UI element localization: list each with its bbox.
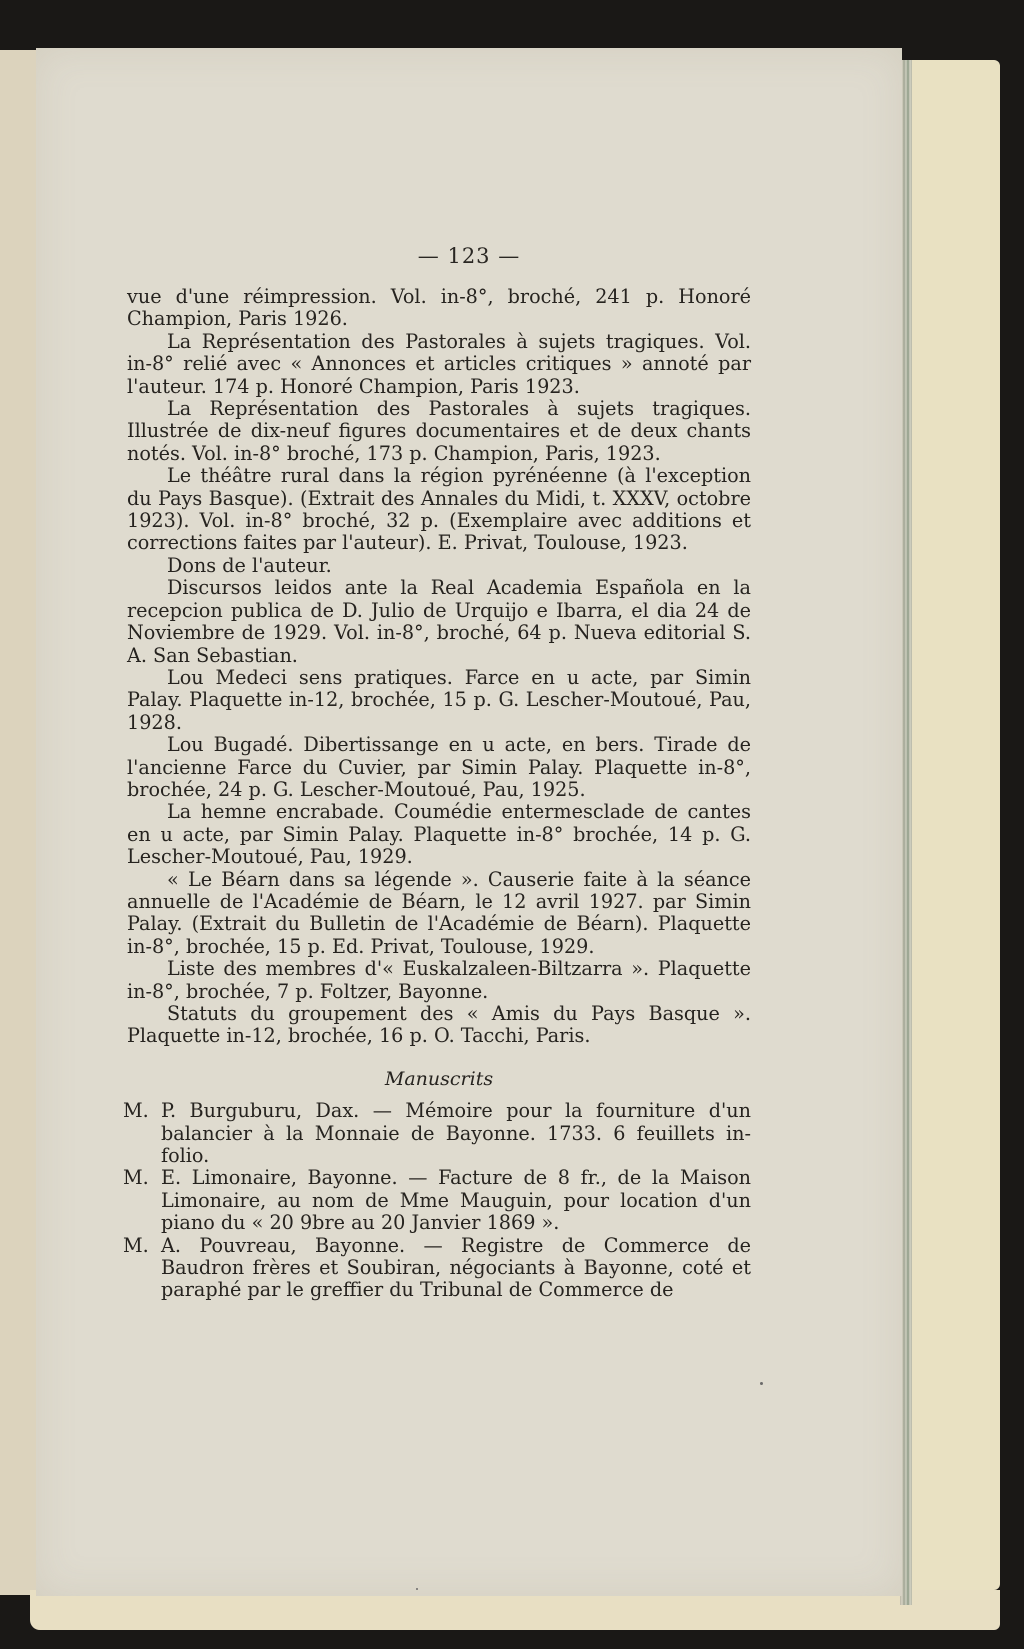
- paragraph: « Le Béarn dans sa légende ». Causerie f…: [127, 869, 751, 959]
- book-cover-bottom: [30, 1590, 1000, 1630]
- page-number: — 123 —: [36, 244, 902, 268]
- manuscript-entry: M. A. Pouvreau, Bayonne. — Registre de C…: [161, 1235, 751, 1302]
- book-page: — 123 — vue d'une réimpression. Vol. in-…: [36, 48, 902, 1596]
- manuscript-entry: M. E. Limonaire, Bayonne. — Facture de 8…: [161, 1167, 751, 1234]
- paragraph: vue d'une réimpression. Vol. in-8°, broc…: [127, 286, 751, 331]
- entry-text: A. Pouvreau, Bayonne. — Registre de Comm…: [161, 1235, 751, 1302]
- paragraph: Statuts du groupement des « Amis du Pays…: [127, 1003, 751, 1048]
- entry-prefix: M.: [123, 1235, 161, 1302]
- paper-speck: [416, 1588, 418, 1590]
- paragraph: Liste des membres d'« Euskalzaleen-Biltz…: [127, 958, 751, 1003]
- paragraph: Discursos leidos ante la Real Academia E…: [127, 577, 751, 667]
- section-heading-manuscrits: Manuscrits: [127, 1068, 751, 1090]
- page-body: vue d'une réimpression. Vol. in-8°, broc…: [127, 286, 751, 1302]
- entry-text: P. Burguburu, Dax. — Mémoire pour la fou…: [161, 1100, 751, 1167]
- entry-prefix: M.: [123, 1100, 161, 1167]
- paragraph: La hemne encrabade. Coumédie entermescla…: [127, 801, 751, 868]
- manuscript-entry: M. P. Burguburu, Dax. — Mémoire pour la …: [161, 1100, 751, 1167]
- paragraph: Lou Bugadé. Dibertissange en u acte, en …: [127, 734, 751, 801]
- paragraph: La Représentation des Pastorales à sujet…: [127, 331, 751, 398]
- manuscripts-list: M. P. Burguburu, Dax. — Mémoire pour la …: [123, 1100, 751, 1302]
- paragraph: Le théâtre rural dans la région pyrénéen…: [127, 465, 751, 555]
- paragraph: Lou Medeci sens pratiques. Farce en u ac…: [127, 667, 751, 734]
- facing-page-edge: [0, 50, 38, 1595]
- entry-prefix: M.: [123, 1167, 161, 1234]
- paper-speck: [760, 1382, 763, 1385]
- paragraph: Dons de l'auteur.: [127, 555, 751, 577]
- entry-text: E. Limonaire, Bayonne. — Facture de 8 fr…: [161, 1167, 751, 1234]
- paragraph: La Représentation des Pastorales à sujet…: [127, 398, 751, 465]
